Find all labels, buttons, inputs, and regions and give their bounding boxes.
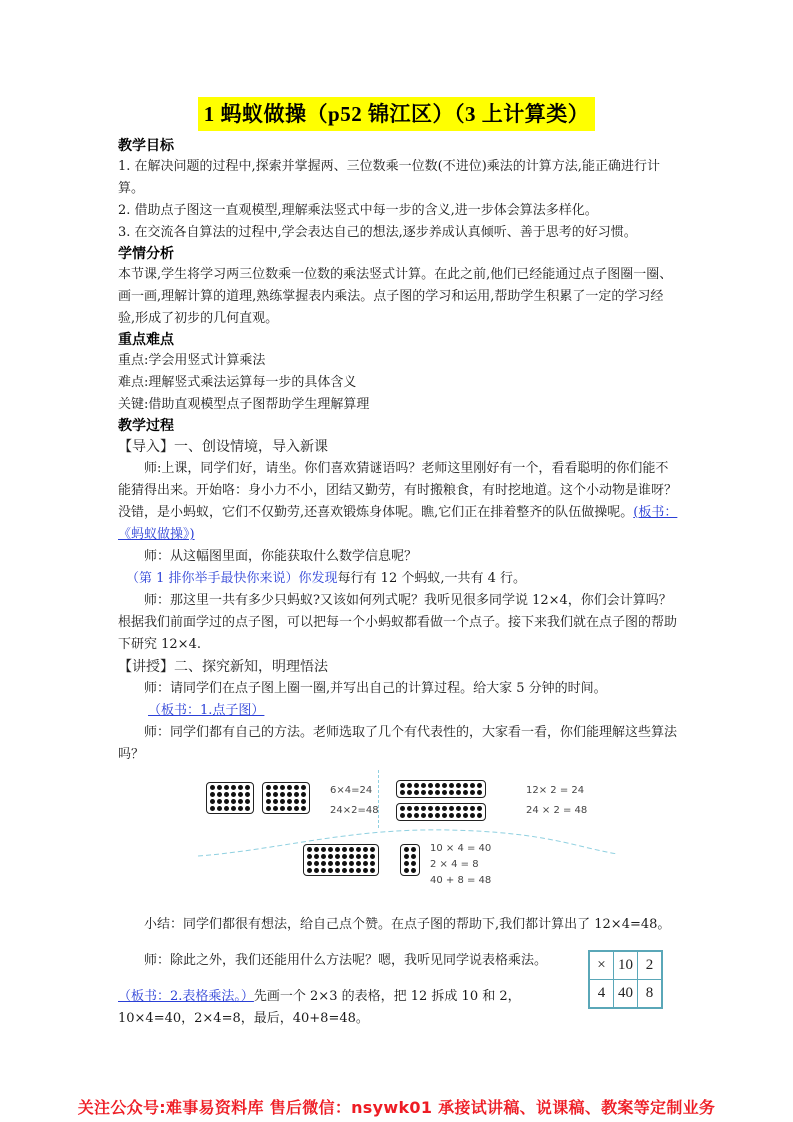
goal-item: 1. 在解决问题的过程中,探索并掌握两、三位数乘一位数(不进位)乘法的计算方法,…	[118, 156, 678, 200]
board-note-dots-link[interactable]: （板书：1.点子图）	[148, 703, 264, 718]
dot-icon	[314, 847, 319, 852]
method3-eq3: 40 + 8 = 48	[430, 874, 491, 888]
dot-icon	[414, 806, 419, 811]
dot-icon	[245, 792, 250, 797]
keypoint-item: 关键:借助直观模型点子图帮助学生理解算理	[118, 394, 678, 416]
goal-item: 3. 在交流各自算法的过程中,学会表达自己的想法,逐步养成认真倾听、善于思考的好…	[118, 222, 678, 244]
dot-icon	[210, 806, 215, 811]
dot-icon	[463, 790, 468, 795]
dot-icon	[421, 813, 426, 818]
dot-icon	[287, 785, 292, 790]
dot-icon	[356, 861, 361, 866]
heading-keypoints: 重点难点	[118, 330, 678, 350]
dot-icon	[238, 792, 243, 797]
dot-icon	[217, 806, 222, 811]
dot-icon	[404, 847, 409, 852]
question-paragraph: 师：从这幅图里面，你能获取什么数学信息呢？	[118, 546, 678, 568]
intro-paragraph: 师:上课，同学们好，请坐。你们喜欢猜谜语吗？老师这里刚好有一个，看看聪明的你们能…	[118, 458, 678, 546]
dot-icon	[328, 861, 333, 866]
dot-icon	[363, 854, 368, 859]
count-paragraph: 师：那这里一共有多少只蚂蚁?又该如何列式呢？我听见很多同学说 12×4，你们会计…	[118, 590, 678, 656]
dot-icon	[224, 785, 229, 790]
dot-icon	[442, 790, 447, 795]
dot-icon	[363, 868, 368, 873]
dot-icon	[407, 813, 412, 818]
dot-icon	[273, 806, 278, 811]
dot-icon	[363, 861, 368, 866]
dot-icon	[294, 792, 299, 797]
analysis-text: 本节课,学生将学习两三位数乘一位数的乘法竖式计算。在此之前,他们已经能通过点子图…	[118, 264, 678, 330]
dot-icon	[238, 806, 243, 811]
dot-icon	[428, 813, 433, 818]
dot-icon	[231, 785, 236, 790]
dot-icon	[400, 783, 405, 788]
dot-group	[396, 780, 486, 798]
dot-icon	[314, 861, 319, 866]
dot-icon	[428, 806, 433, 811]
dot-icon	[210, 792, 215, 797]
dot-icon	[435, 783, 440, 788]
dot-icon	[217, 792, 222, 797]
teach-paragraph: 师：请同学们在点子图上圈一圈,并写出自己的计算过程。给大家 5 分钟的时间。	[118, 678, 678, 700]
dot-icon	[280, 785, 285, 790]
method3-eq2: 2 × 4 = 8	[430, 858, 479, 872]
dot-icon	[266, 806, 271, 811]
dot-icon	[342, 868, 347, 873]
dot-icon	[456, 813, 461, 818]
dot-icon	[217, 799, 222, 804]
keypoint-item: 难点:理解竖式乘法运算每一步的具体含义	[118, 372, 678, 394]
dot-icon	[449, 806, 454, 811]
table-row: × 10 2	[589, 951, 662, 980]
table-cell: 4	[589, 980, 614, 1009]
dot-icon	[280, 799, 285, 804]
summary-paragraph: 小结：同学们都很有想法，给自己点个赞。在点子图的帮助下,我们都计算出了 12×4…	[118, 914, 678, 936]
student-answer: （第 1 排你举手最快你来说）你发现每行有 12 个蚂蚁,一共有 4 行。	[118, 568, 678, 590]
dot-icon	[404, 868, 409, 873]
dot-icon	[456, 783, 461, 788]
method1-eq2: 24×2=48	[330, 804, 379, 818]
dot-icon	[328, 868, 333, 873]
dot-icon	[463, 806, 468, 811]
dot-icon	[266, 799, 271, 804]
dot-icon	[470, 790, 475, 795]
table-cell: 8	[638, 980, 663, 1009]
dot-icon	[294, 785, 299, 790]
dot-icon	[266, 792, 271, 797]
dot-icon	[231, 806, 236, 811]
dot-icon	[210, 785, 215, 790]
dot-group	[303, 844, 379, 876]
board-note-dots: （板书：1.点子图）	[118, 700, 678, 722]
dot-icon	[307, 868, 312, 873]
dot-icon	[294, 799, 299, 804]
dot-icon	[280, 806, 285, 811]
heading-analysis: 学情分析	[118, 244, 678, 264]
dot-icon	[407, 783, 412, 788]
dot-icon	[411, 868, 416, 873]
table-cell: ×	[589, 951, 614, 980]
section-teach: 【讲授】二、探究新知，明理悟法	[118, 656, 678, 678]
dot-icon	[435, 790, 440, 795]
dot-icon	[342, 847, 347, 852]
methods-paragraph: 师：同学们都有自己的方法。老师选取了几个有代表性的，大家看一看，你们能理解这些算…	[118, 722, 678, 766]
dot-icon	[224, 792, 229, 797]
dot-icon	[287, 792, 292, 797]
dot-icon	[224, 806, 229, 811]
dot-icon	[217, 785, 222, 790]
dot-icon	[442, 783, 447, 788]
dot-icon	[370, 854, 375, 859]
dot-icon	[411, 861, 416, 866]
dot-icon	[321, 847, 326, 852]
document-title: 1 蚂蚁做操（p52 锦江区）（3 上计算类）	[198, 97, 595, 131]
table-cell: 10	[614, 951, 638, 980]
dot-icon	[328, 854, 333, 859]
dot-icon	[335, 854, 340, 859]
dot-icon	[404, 861, 409, 866]
dot-icon	[307, 854, 312, 859]
dot-icon	[245, 799, 250, 804]
dot-icon	[477, 813, 482, 818]
table-row: 4 40 8	[589, 980, 662, 1009]
goal-item: 2. 借助点子图这一直观模型,理解乘法竖式中每一步的含义,进一步体会算法多样化。	[118, 200, 678, 222]
dot-icon	[370, 847, 375, 852]
dot-icon	[301, 785, 306, 790]
board-note-table-link[interactable]: （板书：2.表格乘法。）	[118, 989, 254, 1004]
dot-icon	[463, 813, 468, 818]
dot-icon	[414, 813, 419, 818]
dot-icon	[400, 813, 405, 818]
dot-icon	[231, 799, 236, 804]
dot-icon	[411, 847, 416, 852]
dot-icon	[356, 847, 361, 852]
dot-diagram-figure: 6×4=24 24×2=48 12× 2 = 24 24 × 2 = 48 10…	[198, 770, 618, 900]
dot-icon	[477, 790, 482, 795]
dot-icon	[400, 806, 405, 811]
dot-icon	[477, 806, 482, 811]
dot-icon	[231, 792, 236, 797]
dot-icon	[273, 785, 278, 790]
method3-eq1: 10 × 4 = 40	[430, 842, 491, 856]
dot-icon	[470, 783, 475, 788]
dot-icon	[273, 799, 278, 804]
dot-icon	[414, 790, 419, 795]
dot-icon	[321, 868, 326, 873]
dot-icon	[301, 799, 306, 804]
dot-icon	[363, 847, 368, 852]
dot-icon	[307, 861, 312, 866]
heading-process: 教学过程	[118, 416, 678, 436]
dot-icon	[280, 792, 285, 797]
heading-goals: 教学目标	[118, 136, 678, 156]
dot-icon	[224, 799, 229, 804]
dot-icon	[287, 806, 292, 811]
dot-icon	[449, 790, 454, 795]
title-wrap: 1 蚂蚁做操（p52 锦江区）（3 上计算类）	[0, 97, 793, 131]
table-cell: 2	[638, 951, 663, 980]
dot-icon	[245, 806, 250, 811]
keypoint-item: 重点:学会用竖式计算乘法	[118, 350, 678, 372]
dot-icon	[342, 861, 347, 866]
dot-icon	[328, 847, 333, 852]
dot-icon	[449, 813, 454, 818]
table-explain-paragraph: （板书：2.表格乘法。）先画一个 2×3 的表格，把 12 拆成 10 和 2，…	[118, 986, 558, 1030]
dot-icon	[411, 854, 416, 859]
dot-icon	[442, 806, 447, 811]
dot-group	[400, 844, 420, 876]
dot-icon	[245, 785, 250, 790]
footer-watermark: 关注公众号:难事易资料库 售后微信：nsywk01 承接试讲稿、说课稿、教案等定…	[0, 1095, 793, 1118]
dot-icon	[349, 847, 354, 852]
dot-icon	[477, 783, 482, 788]
intro-text: 师:上课，同学们好，请坐。你们喜欢猜谜语吗？老师这里刚好有一个，看看聪明的你们能…	[118, 461, 677, 520]
dot-icon	[335, 868, 340, 873]
dot-icon	[435, 813, 440, 818]
dot-icon	[335, 861, 340, 866]
dot-icon	[301, 806, 306, 811]
dot-icon	[456, 790, 461, 795]
dot-icon	[370, 861, 375, 866]
dot-group	[206, 782, 254, 814]
dot-icon	[449, 783, 454, 788]
dot-icon	[435, 806, 440, 811]
dot-icon	[314, 854, 319, 859]
dot-icon	[321, 854, 326, 859]
dot-icon	[273, 792, 278, 797]
dot-group	[262, 782, 310, 814]
dot-icon	[349, 868, 354, 873]
dot-icon	[414, 783, 419, 788]
document-body: 教学目标 1. 在解决问题的过程中,探索并掌握两、三位数乘一位数(不进位)乘法的…	[118, 136, 678, 1030]
dot-icon	[349, 861, 354, 866]
dot-icon	[404, 854, 409, 859]
method2-eq1: 12× 2 = 24	[526, 784, 584, 798]
dot-icon	[407, 806, 412, 811]
student-prompt: （第 1 排你举手最快你来说）你发现	[126, 571, 338, 586]
dot-icon	[463, 783, 468, 788]
dot-icon	[349, 854, 354, 859]
dot-icon	[307, 847, 312, 852]
dot-group	[396, 803, 486, 821]
method1-eq1: 6×4=24	[330, 784, 372, 798]
dot-icon	[335, 847, 340, 852]
dot-icon	[370, 868, 375, 873]
dot-icon	[238, 799, 243, 804]
dot-icon	[407, 790, 412, 795]
dot-icon	[238, 785, 243, 790]
table-cell: 40	[614, 980, 638, 1009]
dot-icon	[470, 806, 475, 811]
dot-icon	[421, 783, 426, 788]
dot-icon	[421, 806, 426, 811]
method2-eq2: 24 × 2 = 48	[526, 804, 587, 818]
dot-icon	[356, 854, 361, 859]
document-page: 1 蚂蚁做操（p52 锦江区）（3 上计算类） 教学目标 1. 在解决问题的过程…	[0, 0, 793, 1122]
dot-icon	[294, 806, 299, 811]
dot-icon	[442, 813, 447, 818]
dot-icon	[470, 813, 475, 818]
dot-icon	[321, 861, 326, 866]
dot-icon	[342, 854, 347, 859]
dot-icon	[428, 790, 433, 795]
dot-icon	[421, 790, 426, 795]
dot-icon	[287, 799, 292, 804]
dot-icon	[210, 799, 215, 804]
dot-icon	[428, 783, 433, 788]
dot-icon	[301, 792, 306, 797]
dot-icon	[314, 868, 319, 873]
dot-icon	[400, 790, 405, 795]
dot-icon	[266, 785, 271, 790]
dot-icon	[456, 806, 461, 811]
section-intro: 【导入】一、创设情境，导入新课	[118, 436, 678, 458]
dot-icon	[356, 868, 361, 873]
multiplication-table: × 10 2 4 40 8	[588, 950, 663, 1009]
student-answer-text: 每行有 12 个蚂蚁,一共有 4 行。	[338, 571, 526, 586]
